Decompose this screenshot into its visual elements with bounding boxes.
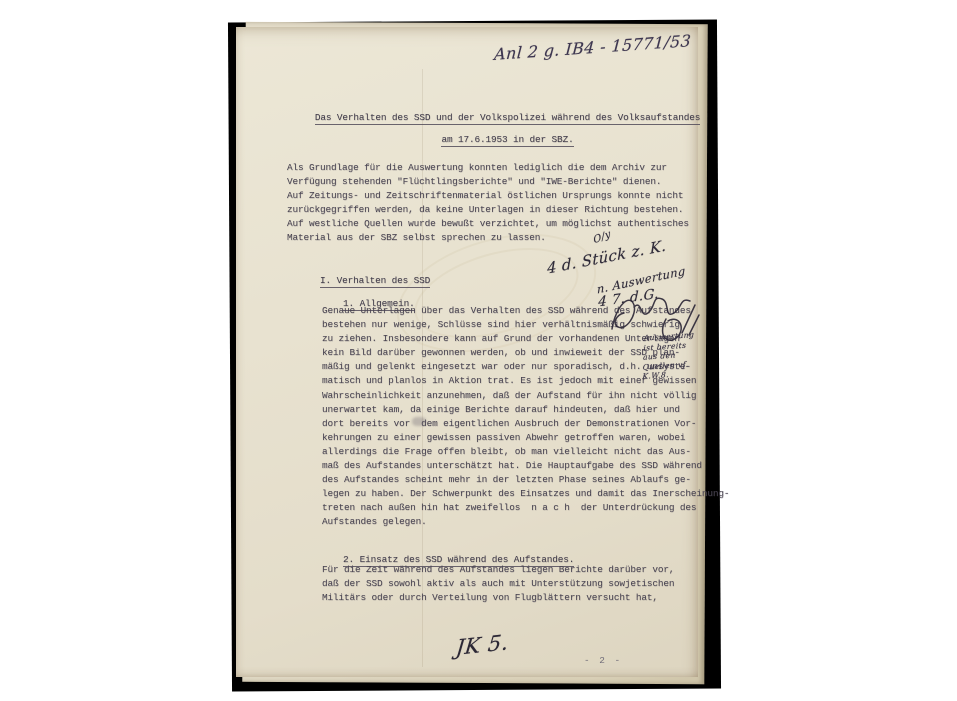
sub2-paragraph: Für die Zeit während des Aufstandes lieg… bbox=[322, 563, 674, 605]
document-title-line2: am 17.6.1953 in der SBZ. bbox=[276, 119, 706, 161]
text-line: daß der SSD sowohl aktiv als auch mit Un… bbox=[322, 577, 674, 591]
text-line: unerwartet kam, da einige Berichte darau… bbox=[322, 403, 729, 417]
text-line: Militärs oder durch Verteilung von Flugb… bbox=[322, 591, 674, 605]
handwritten-reference: Anl 2 g. IB4 - 15771/53 bbox=[494, 31, 692, 64]
text-line: legen zu haben. Der Schwerpunkt des Eins… bbox=[322, 487, 729, 501]
text-line: maß des Aufstandes unterschätzt hat. Die… bbox=[322, 459, 729, 473]
margin-note: Auswertungist bereitsaus denQuellen vf.K… bbox=[642, 330, 694, 382]
text-line: Auf Zeitungs- und Zeitschriftenmaterial … bbox=[287, 189, 689, 203]
text-line: Auf westliche Quellen wurde bewußt verzi… bbox=[287, 217, 689, 231]
text-line: treten nach außen hin hat zweifellos n a… bbox=[322, 501, 729, 515]
page-number: - 2 - bbox=[584, 655, 622, 666]
text-line: Als Grundlage für die Auswertung konnten… bbox=[287, 161, 689, 175]
handwritten-bottom-mark: JK 5. bbox=[455, 630, 510, 660]
text-line: zurückgegriffen werden, da keine Unterla… bbox=[287, 203, 689, 217]
intro-paragraph: Als Grundlage für die Auswertung konnten… bbox=[287, 161, 689, 246]
text-line: Wahrscheinlichkeit anzunehmen, daß der A… bbox=[322, 389, 729, 403]
text-line: dort bereits vor dem eigentlichen Ausbru… bbox=[322, 417, 729, 431]
scan-stage: Anl 2 g. IB4 - 15771/53 Das Verhalten de… bbox=[0, 0, 957, 701]
document-sheet: Anl 2 g. IB4 - 15771/53 Das Verhalten de… bbox=[236, 27, 698, 677]
text-line: Aufstandes gelegen. bbox=[322, 515, 729, 529]
text-line: des Aufstandes scheint mehr in der letzt… bbox=[322, 473, 729, 487]
text-line: Verfügung stehenden "Flüchtlingsberichte… bbox=[287, 175, 689, 189]
text-line: kehrungen zu einer gewissen passiven Abw… bbox=[322, 431, 729, 445]
ink-smudge bbox=[412, 417, 426, 426]
text-line: allerdings die Frage offen bleibt, ob ma… bbox=[322, 445, 729, 459]
text-line: Für die Zeit während des Aufstandes lieg… bbox=[322, 563, 674, 577]
